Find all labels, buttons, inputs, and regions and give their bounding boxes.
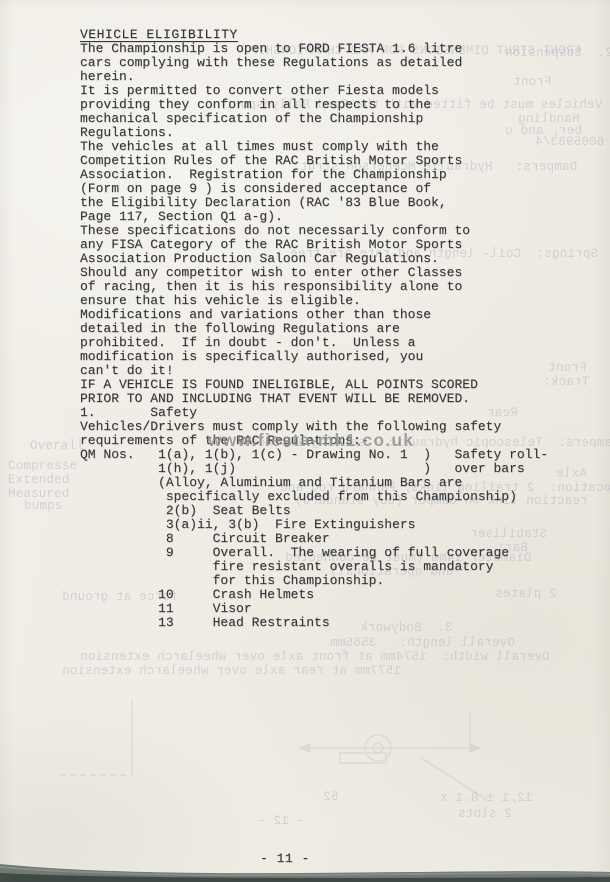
item-fire-extinguishers: 3(a)ii, 3(b) Fire Extinguishers [80, 518, 555, 532]
heading-safety-section: 1. Safety [80, 406, 555, 420]
item-crash-helmets: 10 Crash Helmets [80, 588, 555, 602]
paragraph-fisa-category: These specifications do not necessarily … [80, 224, 555, 308]
note-alloy-bars: (Alloy, Aluminium and Titanium Bars are … [80, 476, 555, 504]
item-head-restraints: 13 Head Restraints [80, 616, 555, 630]
item-visor: 11 Visor [80, 602, 555, 616]
page-edge-shadow [0, 856, 610, 882]
paragraph-competition-rules: The vehicles at all times must comply wi… [80, 140, 555, 224]
item-overalls: 9 Overall. The wearing of full coverage … [80, 546, 555, 588]
scanned-document-screenshot: { "document": { "title": "VEHICLE ELIGIB… [0, 0, 610, 882]
document-title: VEHICLE ELIGIBILITY [80, 28, 238, 42]
paragraph-championship-open: The Championship is open to FORD FIESTA … [80, 42, 555, 84]
watermark: www.fiesta-mk1.co.uk [208, 430, 414, 451]
paragraph-ineligible-warning: IF A VEHICLE IS FOUND INELIGIBLE, ALL PO… [80, 378, 555, 406]
scanned-page: 2. SuspensionFRONT STRUT DIMENSIONS FOR … [0, 0, 610, 882]
item-circuit-breaker: 8 Circuit Breaker [80, 532, 555, 546]
qm-numbers-block: QM Nos. 1(a), 1(b), 1(c) - Drawing No. 1… [80, 448, 555, 476]
document-body: VEHICLE ELIGIBILITY The Championship is … [80, 28, 555, 630]
paragraph-convert-models: It is permitted to convert other Fiesta … [80, 84, 555, 140]
paragraph-modifications: Modifications and variations other than … [80, 308, 555, 378]
item-seat-belts: 2(b) Seat Belts [80, 504, 555, 518]
